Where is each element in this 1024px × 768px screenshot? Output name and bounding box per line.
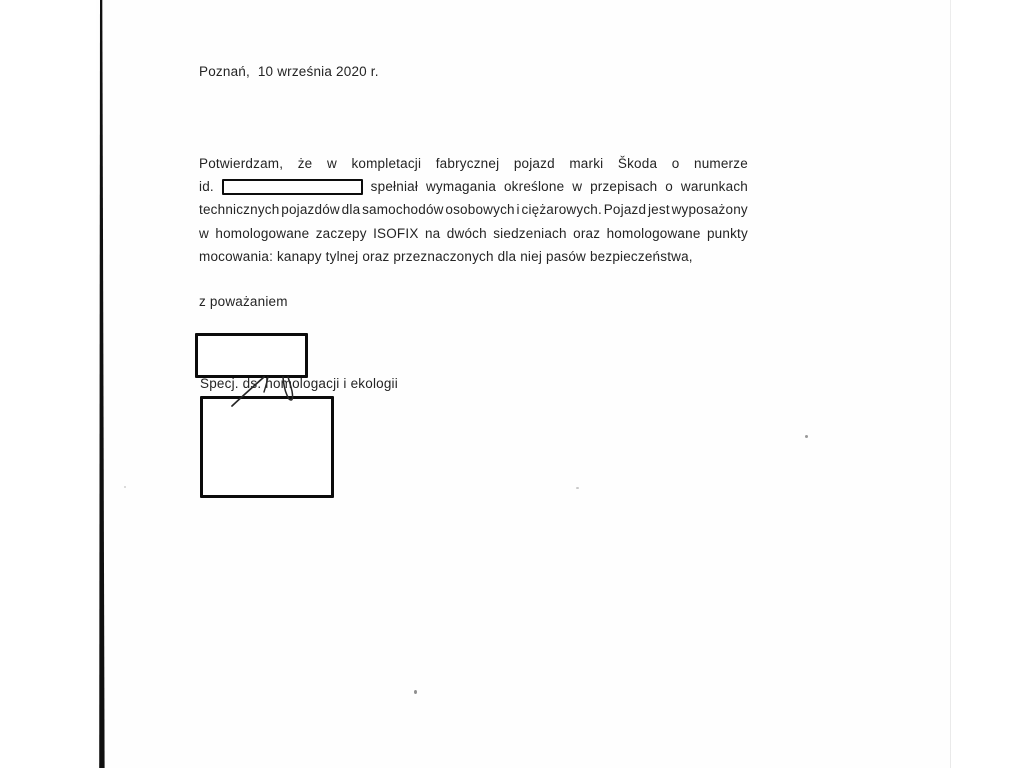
word: w [199,226,209,241]
scan-speck [805,435,808,438]
paragraph-line-3: technicznychpojazdówdlasamochodówosobowy… [199,198,748,221]
scan-speck [124,486,126,488]
word: siedzeniach [493,226,567,241]
word: homologowane [215,226,309,241]
word: Potwierdzam, [199,156,283,171]
word: osobowych [445,202,514,217]
word: punkty [707,226,748,241]
word: ISOFIX [373,226,418,241]
word: zaczepy [316,226,367,241]
word: o [672,156,680,171]
word: Pojazd [604,202,646,217]
word: warunkach [681,179,748,194]
word: samochodów [362,202,444,217]
paragraph-line-5: mocowania: kanapy tylnej oraz przeznaczo… [199,245,748,268]
scan-speck [414,690,417,694]
signer-title-caption: Specj. ds. homologacji i ekologii [200,376,398,391]
word: numerze [694,156,748,171]
scanned-document-page: Poznań, 10 września 2020 r. Potwierdzam,… [0,0,1024,768]
word: technicznych [199,202,279,217]
scan-speck [576,487,579,489]
word: w [327,156,337,171]
word: określone [504,179,564,194]
word: wyposażony [672,202,748,217]
paragraph-line-2: id.spełniałwymaganiaokreślonewprzepisach… [199,175,748,198]
word: dla [342,202,361,217]
word: marki [569,156,603,171]
word: jest [648,202,670,217]
word: i [517,202,520,217]
word: ciężarowych. [522,202,602,217]
word: pojazd [514,156,555,171]
word: kompletacji [351,156,421,171]
word: na [425,226,440,241]
word: o [665,179,673,194]
word: homologowane [607,226,701,241]
word: przepisach [590,179,657,194]
paragraph-line-1: Potwierdzam,żewkompletacjifabrycznejpoja… [199,152,748,175]
stamp-redaction-box [200,396,334,498]
body-paragraph: Potwierdzam,żewkompletacjifabrycznejpoja… [199,152,748,268]
closing-salutation: z poważaniem [199,293,288,310]
signature-redaction-box [195,333,308,378]
dateline: Poznań, 10 września 2020 r. [199,63,379,80]
word: oraz [573,226,600,241]
word: pojazdów [281,202,340,217]
word: id. [199,179,214,194]
page-right-edge-line [950,0,951,768]
vehicle-id-redaction-box [222,179,363,195]
word: Škoda [618,156,657,171]
word: wymagania [426,179,496,194]
paragraph-line-4: whomologowanezaczepyISOFIXnadwóchsiedzen… [199,222,748,245]
word: dwóch [447,226,487,241]
word: spełniał [371,179,418,194]
word: że [298,156,313,171]
word: w [572,179,582,194]
word: fabrycznej [436,156,500,171]
